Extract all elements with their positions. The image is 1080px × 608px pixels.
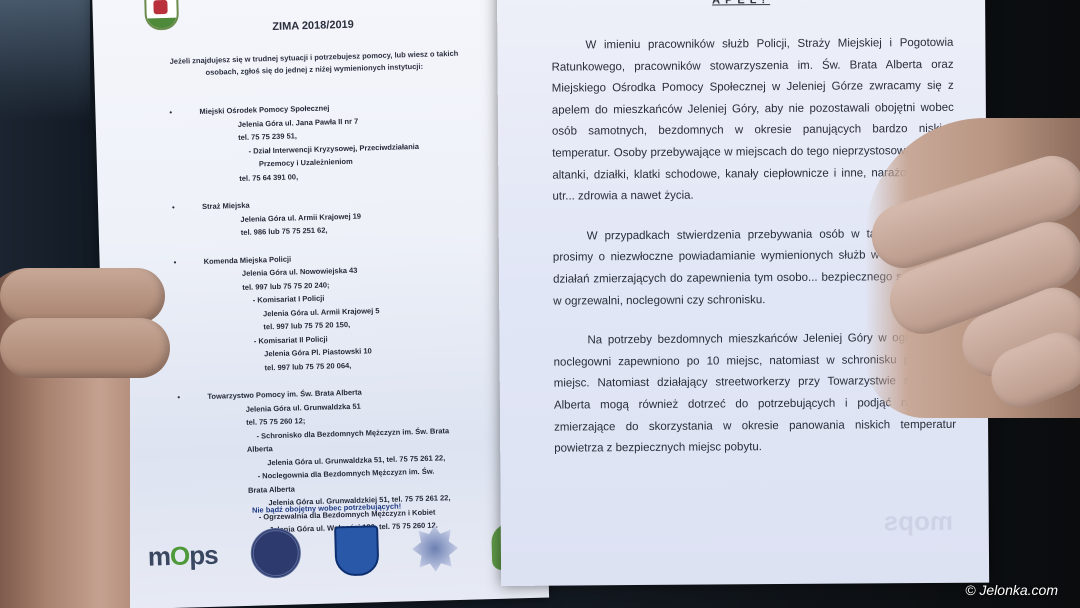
institution-entry: •Komenda Miejska PolicjiJelenia Góra ul.… — [159, 246, 512, 377]
left-finger — [0, 318, 170, 378]
institution-entry: •Straż MiejskaJelenia Góra ul. Armii Kra… — [158, 191, 509, 241]
partner-logos: mOps — [147, 518, 538, 585]
bullet-icon: • — [169, 106, 172, 120]
bullet-icon: • — [177, 391, 180, 405]
institution-list: •Miejski Ośrodek Pomocy SpołecznejJeleni… — [155, 97, 517, 554]
background-window-glare — [0, 0, 90, 120]
leaflet-intro: Jeżeli znajdujesz się w trudnej sytuacji… — [164, 48, 465, 80]
show-through-logo: mops — [883, 506, 953, 537]
institution-entry: •Miejski Ośrodek Pomocy SpołecznejJeleni… — [155, 97, 507, 188]
police-star-logo-icon — [411, 525, 458, 572]
city-crest-logo-icon — [334, 525, 379, 576]
institution-entry: •Towarzystwo Pomocy im. Św. Brata Albert… — [163, 381, 517, 539]
mops-logo-icon: mOps — [147, 539, 218, 572]
emblem-round-logo-icon — [250, 527, 301, 578]
appeal-title: APEL! — [497, 0, 985, 8]
bullet-icon: • — [172, 201, 175, 215]
watermark: © Jelonka.com — [965, 582, 1058, 598]
bullet-icon: • — [173, 255, 176, 269]
left-finger — [0, 268, 165, 324]
